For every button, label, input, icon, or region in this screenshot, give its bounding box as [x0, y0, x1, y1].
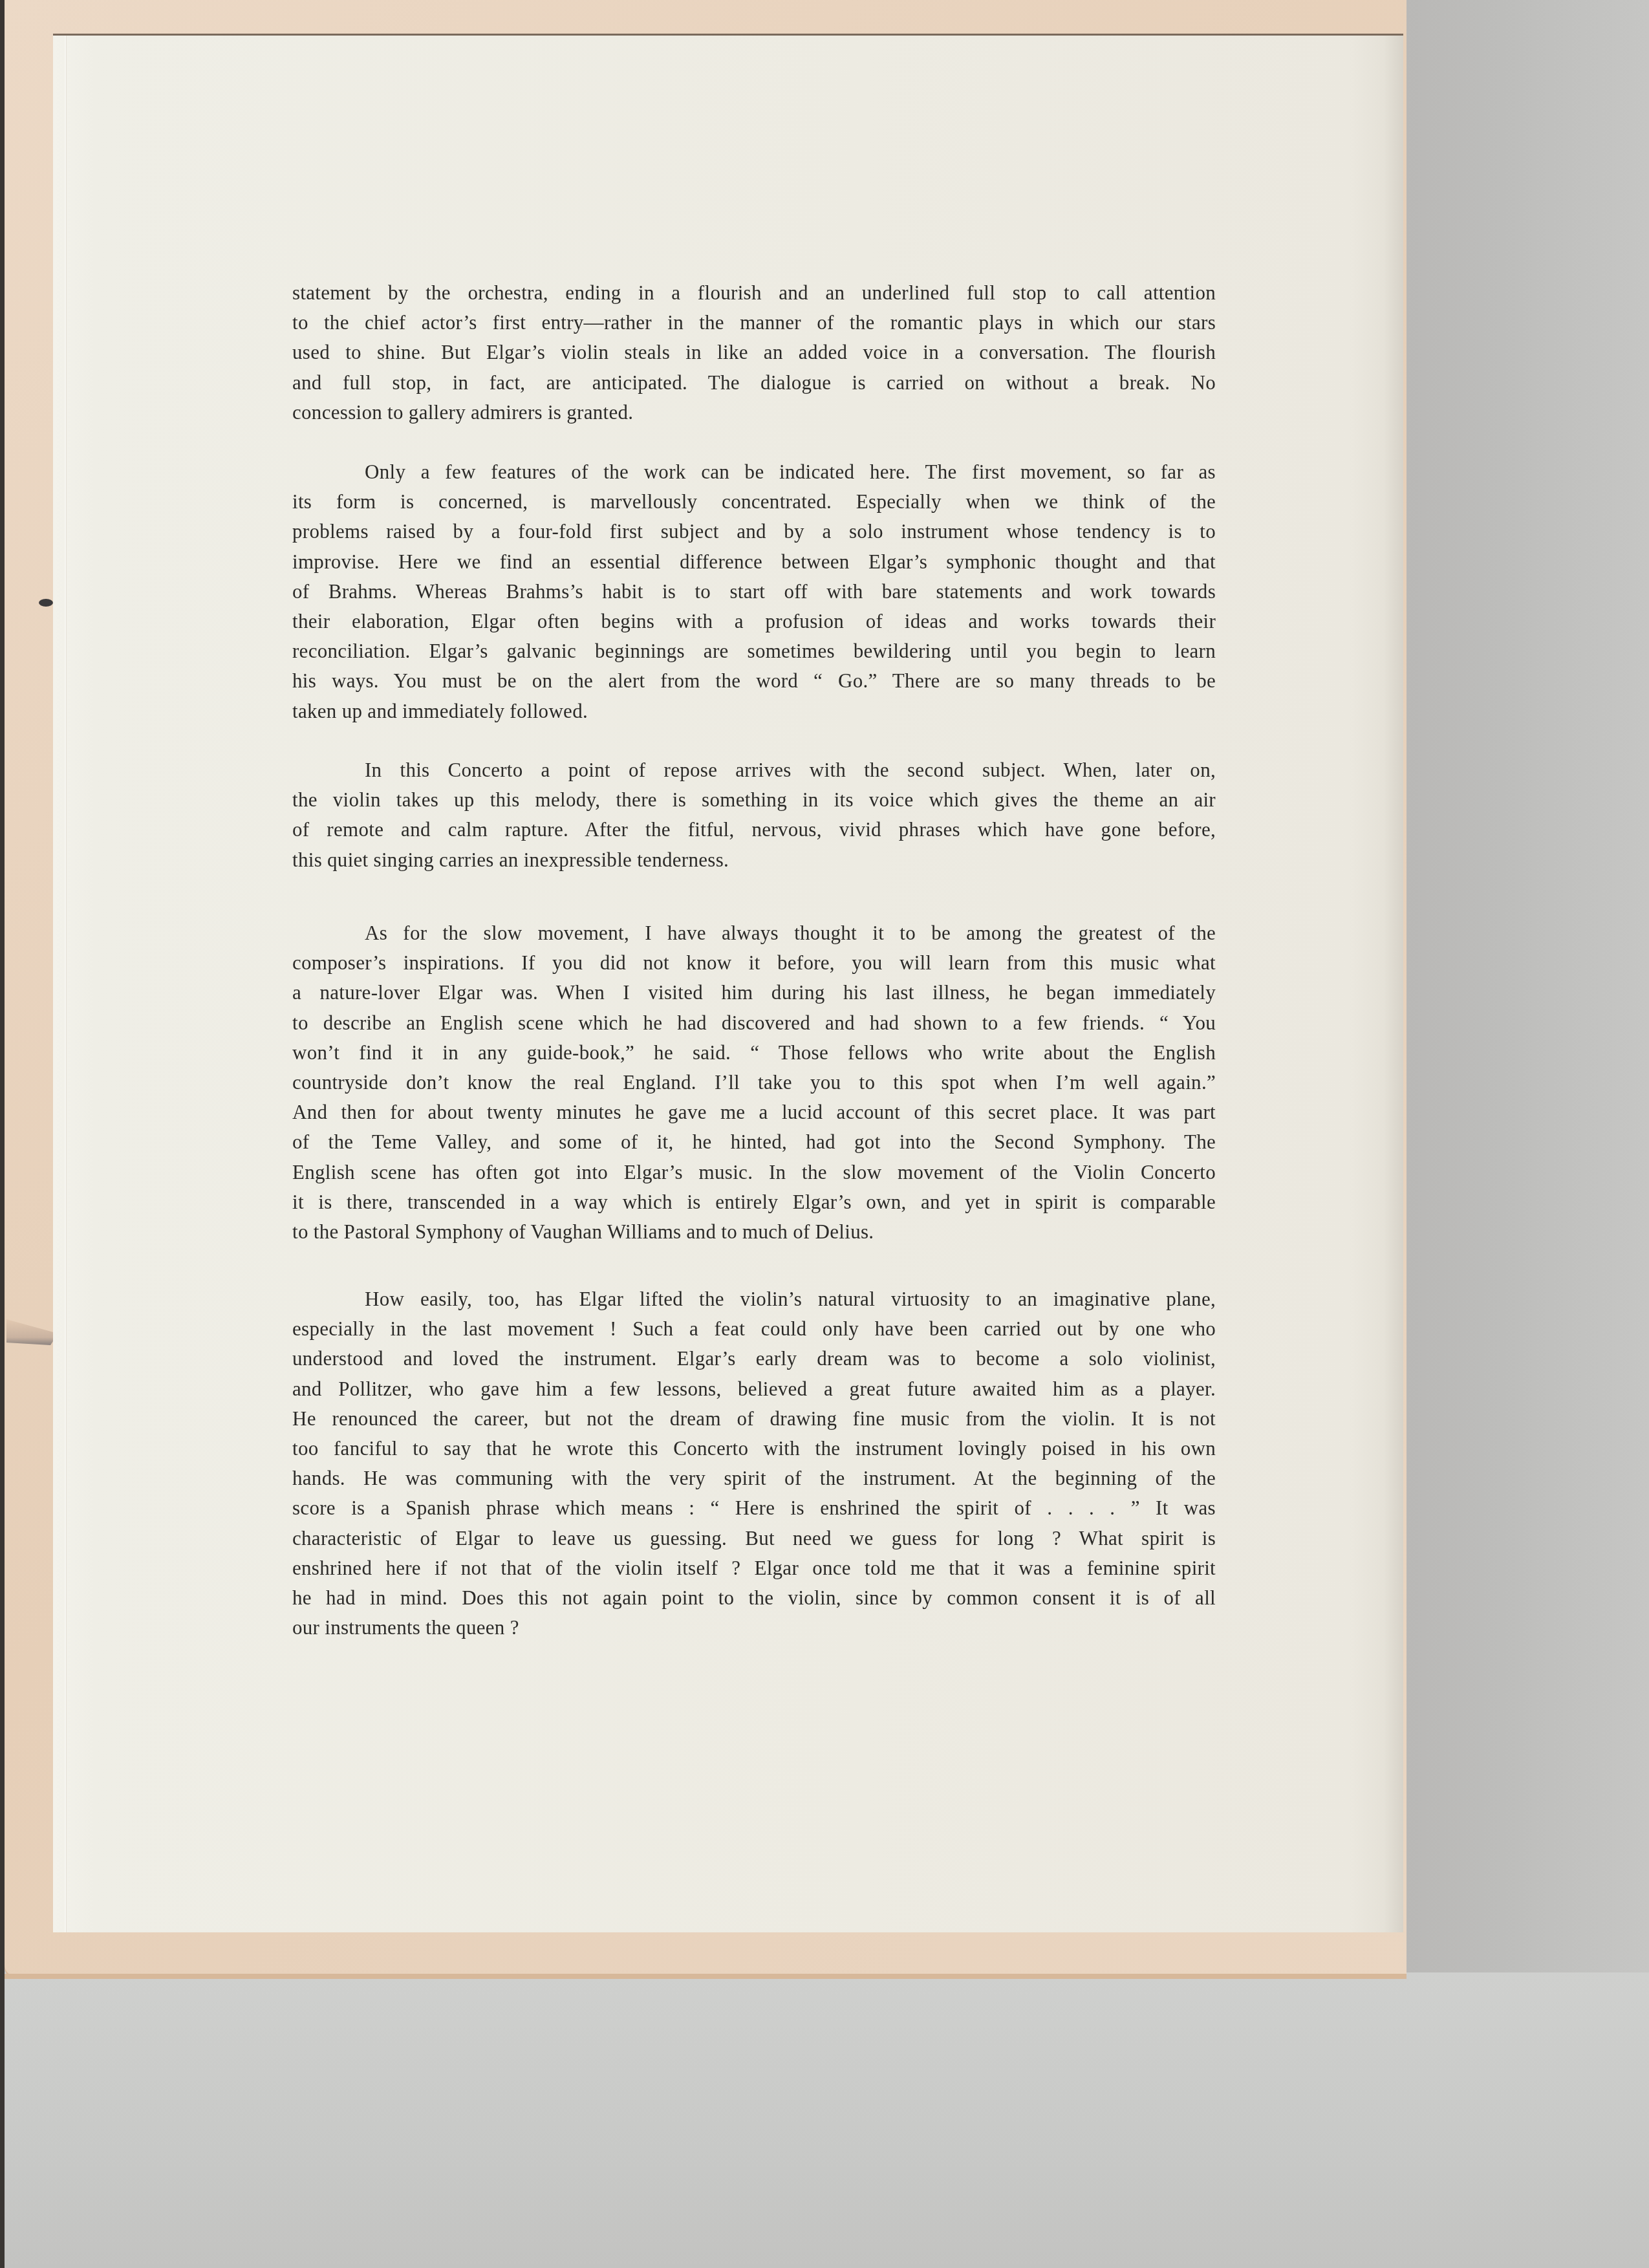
text-line: this quiet singing carries an inexpressi… [292, 845, 1216, 875]
text-line: understood and loved the instrument. Elg… [292, 1344, 1216, 1374]
text-line: it is there, transcended in a way which … [292, 1187, 1216, 1217]
text-line: characteristic of Elgar to leave us gues… [292, 1524, 1216, 1553]
text-line: used to shine. But Elgar’s violin steals… [292, 338, 1216, 367]
paragraph-2: Only a few features of the work can be i… [292, 457, 1216, 726]
text-line: he had in mind. Does this not again poin… [292, 1583, 1216, 1613]
page-edge-shade [1384, 36, 1403, 1932]
scanner-background-right [1403, 0, 1649, 2268]
scan-edge-shadow [0, 0, 5, 2268]
text-line: score is a Spanish phrase which means : … [292, 1493, 1216, 1523]
text-line: of Brahms. Whereas Brahms’s habit is to … [292, 577, 1216, 607]
text-line: its form is concerned, is marvellously c… [292, 487, 1216, 517]
text-line: In this Concerto a point of repose arriv… [292, 755, 1216, 785]
binding-hole-mark [39, 599, 53, 607]
text-line: taken up and immediately followed. [292, 697, 1216, 726]
text-line: enshrined here if not that of the violin… [292, 1553, 1216, 1583]
text-line: to the chief actor’s first entry—rather … [292, 308, 1216, 338]
text-line: improvise. Here we find an essential dif… [292, 547, 1216, 577]
text-line: a nature-lover Elgar was. When I visited… [292, 978, 1216, 1008]
text-line: won’t find it in any guide-book,” he sai… [292, 1038, 1216, 1068]
text-line: to describe an English scene which he ha… [292, 1008, 1216, 1038]
text-line: And then for about twenty minutes he gav… [292, 1097, 1216, 1127]
text-line: reconciliation. Elgar’s galvanic beginni… [292, 636, 1216, 666]
text-line: their elaboration, Elgar often begins wi… [292, 607, 1216, 636]
text-line: problems raised by a four-fold first sub… [292, 517, 1216, 546]
text-line: especially in the last movement ! Such a… [292, 1314, 1216, 1344]
paragraph-3: In this Concerto a point of repose arriv… [292, 755, 1216, 875]
paragraph-5: How easily, too, has Elgar lifted the vi… [292, 1284, 1216, 1643]
text-line: too fanciful to say that he wrote this C… [292, 1434, 1216, 1463]
text-line: concession to gallery admirers is grante… [292, 398, 1216, 427]
text-line: As for the slow movement, I have always … [292, 918, 1216, 948]
paragraph-4: As for the slow movement, I have always … [292, 918, 1216, 1247]
text-line: statement by the orchestra, ending in a … [292, 278, 1216, 308]
text-line: to the Pastoral Symphony of Vaughan Will… [292, 1217, 1216, 1247]
text-line: our instruments the queen ? [292, 1613, 1216, 1643]
text-line: Only a few features of the work can be i… [292, 457, 1216, 487]
text-line: of the Teme Valley, and some of it, he h… [292, 1127, 1216, 1157]
text-line: countryside don’t know the real England.… [292, 1068, 1216, 1097]
text-line: the violin takes up this melody, there i… [292, 785, 1216, 815]
text-line: How easily, too, has Elgar lifted the vi… [292, 1284, 1216, 1314]
text-line: composer’s inspirations. If you did not … [292, 948, 1216, 978]
text-line: his ways. You must be on the alert from … [292, 666, 1216, 696]
text-line: English scene has often got into Elgar’s… [292, 1158, 1216, 1187]
text-line: of remote and calm rapture. After the fi… [292, 815, 1216, 845]
paragraph-1: statement by the orchestra, ending in a … [292, 278, 1216, 427]
text-line: hands. He was communing with the very sp… [292, 1463, 1216, 1493]
text-line: and full stop, in fact, are anticipated.… [292, 368, 1216, 398]
text-line: and Pollitzer, who gave him a few lesson… [292, 1374, 1216, 1404]
text-line: He renounced the career, but not the dre… [292, 1404, 1216, 1434]
scanner-background-bottom [0, 1972, 1649, 2268]
